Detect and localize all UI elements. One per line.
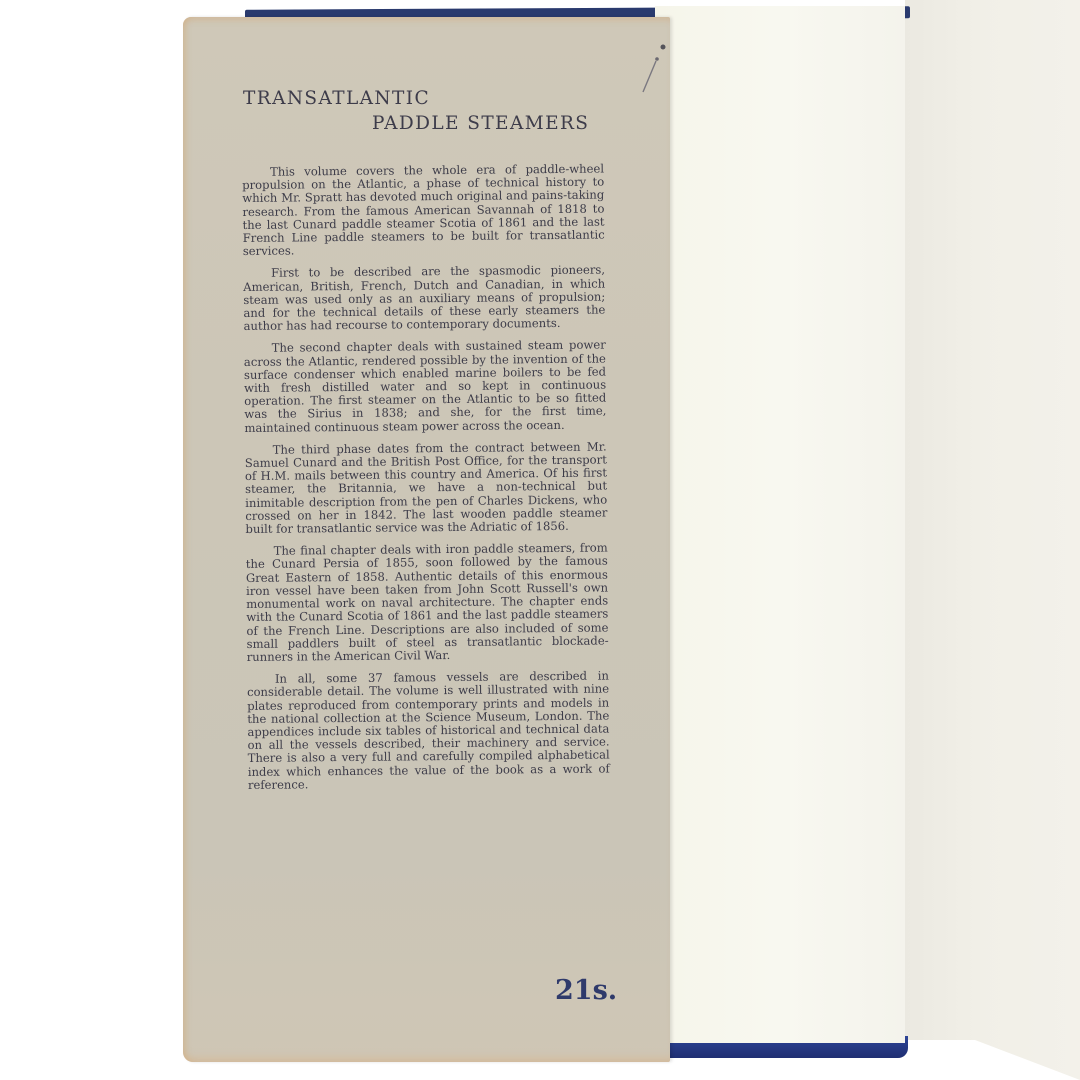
flap-title-line2: PADDLE STEAMERS — [372, 113, 589, 134]
right-book-page — [905, 0, 1080, 1080]
blurb-paragraph: This volume covers the whole era of padd… — [242, 163, 605, 259]
end-paper — [655, 6, 905, 1043]
ink-smudge-mark — [633, 42, 673, 112]
flap-blurb: This volume covers the whole era of padd… — [242, 163, 610, 801]
blurb-paragraph: In all, some 37 famous vessels are descr… — [247, 670, 610, 792]
blurb-paragraph: The final chapter deals with iron paddle… — [246, 542, 609, 664]
flap-title-line1: TRANSATLANTIC — [243, 88, 430, 109]
price-label: 21s. — [555, 975, 617, 1006]
blurb-paragraph: The third phase dates from the contract … — [245, 440, 608, 536]
blurb-paragraph: First to be described are the spasmodic … — [243, 264, 606, 333]
blurb-paragraph: The second chapter deals with sustained … — [244, 339, 607, 435]
